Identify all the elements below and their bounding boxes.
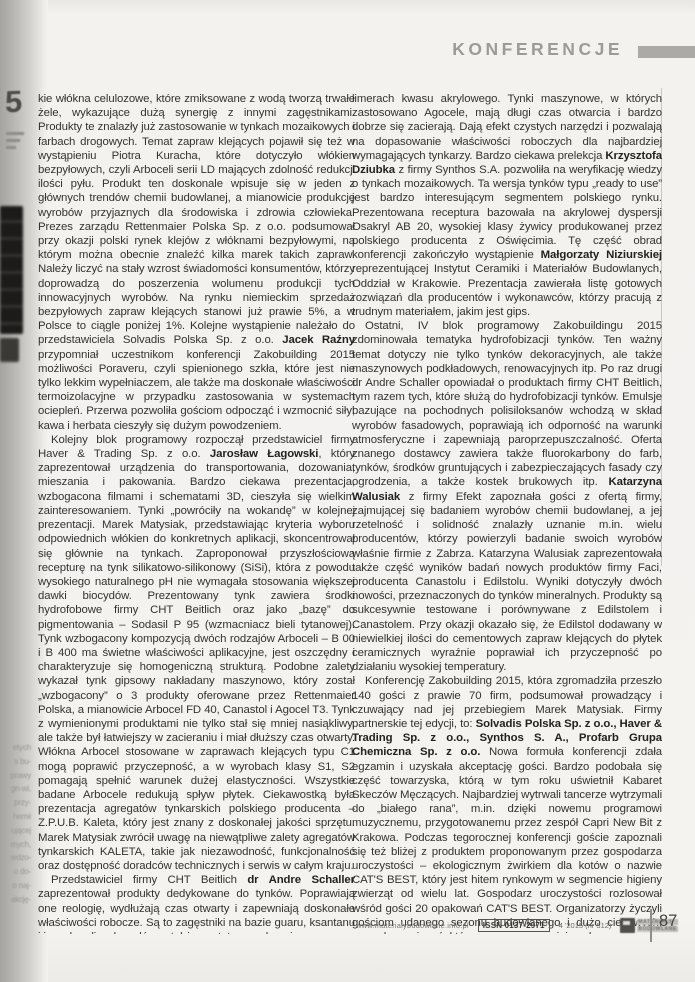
edge-fragment: przy- — [0, 796, 31, 810]
paragraph: Kolejny blok programowy rozpoczął przeds… — [38, 433, 355, 873]
edge-bleedthrough-block — [0, 206, 23, 334]
edge-fragment: s bu- — [0, 755, 31, 769]
text-run: reprezentującej Instytut Ceramiki i Mate… — [352, 263, 662, 318]
text-run: przypomniał uczestnikom konferencji Zako… — [38, 349, 355, 432]
journal-logo-icon — [620, 918, 635, 933]
footer-issue-number: 4 '2015 (nr 512) — [559, 921, 612, 930]
article-column-left: kie włókna celulozowe, które zmiksowane … — [38, 92, 355, 934]
footer-issn-badge: ISSN 0137-2971 — [478, 919, 550, 932]
text-run: z firmy Efekt zapoznała gości z ofertą f… — [352, 491, 662, 673]
edge-fragment: o naj- — [0, 879, 31, 893]
paragraph: Konferencję Zakobuilding 2015, która zgr… — [352, 674, 662, 934]
bold-text-run: Jarosław Łagowski — [210, 448, 318, 460]
page-footer: www.materialybudowlane.info.pl ISSN 0137… — [356, 918, 644, 933]
paragraph: kie włókna celulozowe, które zmiksowane … — [38, 92, 355, 433]
text-run: , który zaprezentował urządzenia do tran… — [38, 448, 355, 872]
edge-fragment: o do- — [0, 865, 31, 879]
text-run: Nowa formuła konferencji zdała egzamin i… — [352, 746, 662, 934]
magazine-page-scan: { "page": { "header": { "title": "KONFER… — [0, 0, 695, 982]
section-header-title: KONFERENCJE — [452, 39, 623, 60]
paragraph: Ostatni, IV blok programowy Zakobuilding… — [352, 319, 662, 674]
article-column-right: limerach kwasu akrylowego. Tynki maszyno… — [352, 92, 662, 934]
edge-fragment: ującej — [0, 824, 31, 838]
edge-smudge-marks — [6, 132, 24, 153]
edge-fragment: wdzo- — [0, 851, 31, 865]
bold-text-run: Jacek Raźny — [282, 334, 355, 346]
footer-divider — [650, 909, 652, 942]
text-run: Ostatni, IV blok programowy Zakobuilding… — [352, 320, 662, 488]
page-number: 87 — [659, 912, 677, 931]
edge-fragment: mych, — [0, 838, 31, 852]
text-run: Przedstawiciel firmy CHT Beitlich — [51, 874, 247, 886]
bold-text-run: Małgorzaty Niziurskiej — [541, 249, 662, 261]
edge-bleedthrough-block-small — [0, 338, 19, 362]
edge-fragment: hemii — [0, 810, 31, 824]
footer-website: www.materialybudowlane.info.pl — [356, 921, 469, 930]
paragraph: limerach kwasu akrylowego. Tynki maszyno… — [352, 92, 662, 319]
text-run: zaprezentował produkty dedykowane do tyn… — [38, 888, 355, 934]
edge-fragment: etych — [0, 741, 31, 755]
edge-partial-page-number: 5 — [5, 84, 22, 121]
edge-fragment: prawy — [0, 769, 31, 783]
edge-fragments: etychs bu-prawygn-wi,przy-hemiiującejmyc… — [0, 741, 31, 907]
edge-fragment: gn-wi, — [0, 782, 31, 796]
header-accent-bar — [638, 46, 695, 58]
edge-fragment: akcję- — [0, 893, 31, 907]
text-run: kie włókna celulozowe, które zmiksowane … — [38, 93, 355, 346]
bold-text-run: dr Andre Schaller — [247, 874, 355, 886]
paragraph: Przedstawiciel firmy CHT Beitlich dr And… — [38, 873, 355, 934]
text-run: z firmy Synthos S.A. pozwoliła na weryfi… — [352, 164, 662, 261]
